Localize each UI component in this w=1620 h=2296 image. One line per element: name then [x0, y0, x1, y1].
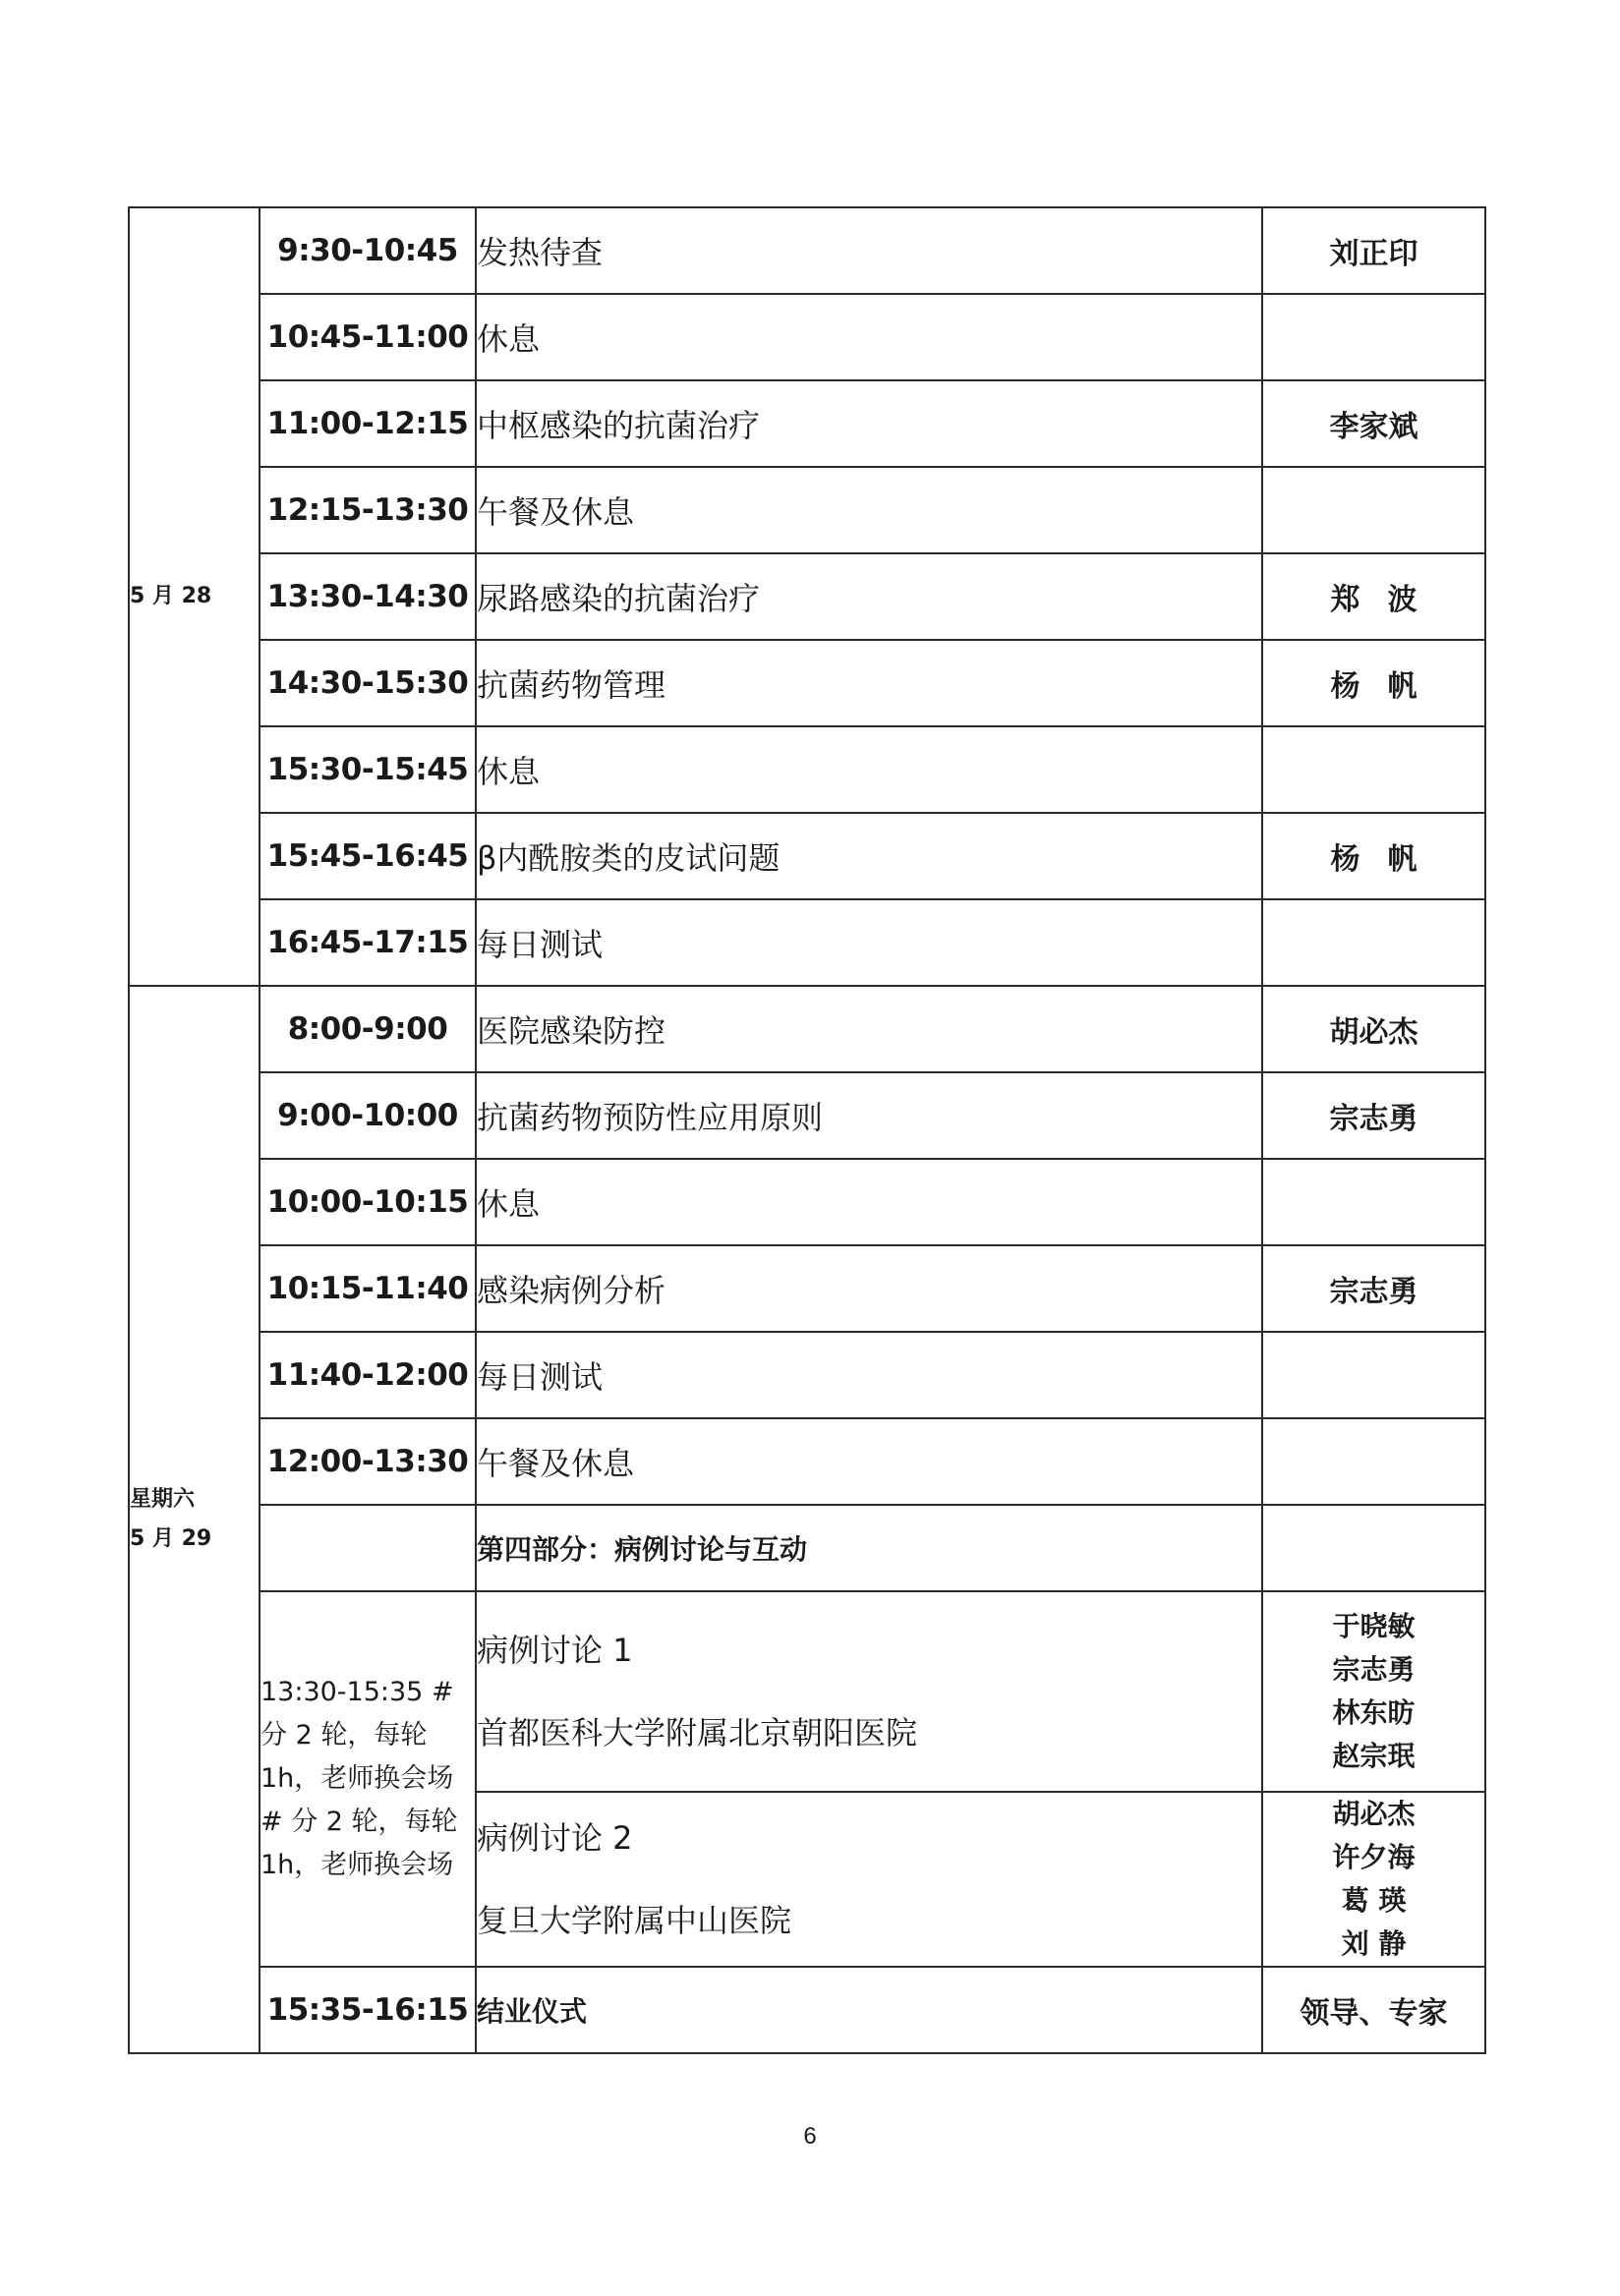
weekday-label: 星期六 [130, 1480, 259, 1520]
speaker-name: 许夕海 [1263, 1836, 1484, 1879]
topic-cell: 中枢感染的抗菌治疗 [476, 380, 1262, 467]
case-hospital: 首都医科大学附属北京朝阳医院 [477, 1711, 1261, 1754]
speaker-name: 杨帆 [1331, 842, 1445, 877]
speaker-cell: 李家斌 [1262, 380, 1485, 467]
time-cell: 10:15-11:40 [260, 1245, 476, 1332]
topic-cell: 抗菌药物预防性应用原则 [476, 1072, 1262, 1159]
topic-cell: 午餐及休息 [476, 1418, 1262, 1505]
topic-cell: β内酰胺类的皮试问题 [476, 813, 1262, 899]
table-row: 12:00-13:30 午餐及休息 [129, 1418, 1485, 1505]
time-cell: 8:00-9:00 [260, 986, 476, 1072]
table-row: 14:30-15:30 抗菌药物管理 杨帆 [129, 640, 1485, 726]
speaker-name: 赵宗珉 [1263, 1735, 1484, 1778]
speaker-name: 刘 静 [1263, 1923, 1484, 1966]
speaker-cell: 杨帆 [1262, 640, 1485, 726]
table-row: 10:00-10:15 休息 [129, 1159, 1485, 1245]
table-row: 15:45-16:45 β内酰胺类的皮试问题 杨帆 [129, 813, 1485, 899]
speaker-cell: 宗志勇 [1262, 1245, 1485, 1332]
day-label: 5 月 28 [130, 577, 259, 616]
time-cell: 9:00-10:00 [260, 1072, 476, 1159]
case-speakers: 胡必杰 许夕海 葛 瑛 刘 静 [1262, 1792, 1485, 1967]
speaker-name: 葛 瑛 [1263, 1879, 1484, 1923]
time-cell: 12:00-13:30 [260, 1418, 476, 1505]
speaker-name: 林东昉 [1263, 1692, 1484, 1735]
time-cell: 14:30-15:30 [260, 640, 476, 726]
speaker-cell [1262, 294, 1485, 380]
case-speakers: 于晓敏 宗志勇 林东昉 赵宗珉 [1262, 1591, 1485, 1792]
time-cell: 11:00-12:15 [260, 380, 476, 467]
day-cell: 5 月 28 [129, 207, 260, 986]
speaker-cell [1262, 1418, 1485, 1505]
topic-cell: 休息 [476, 294, 1262, 380]
speaker-cell: 宗志勇 [1262, 1072, 1485, 1159]
table-row: 5 月 28 9:30-10:45 发热待查 刘正印 [129, 207, 1485, 294]
time-cell: 15:30-15:45 [260, 726, 476, 813]
speaker-cell [1262, 1332, 1485, 1418]
speaker-name: 于晓敏 [1263, 1605, 1484, 1648]
topic-cell: 抗菌药物管理 [476, 640, 1262, 726]
case-cell: 病例讨论 1 首都医科大学附属北京朝阳医院 [476, 1591, 1262, 1792]
topic-cell: 休息 [476, 726, 1262, 813]
table-row: 11:00-12:15 中枢感染的抗菌治疗 李家斌 [129, 380, 1485, 467]
time-cell: 12:15-13:30 [260, 467, 476, 553]
speaker-cell [1262, 467, 1485, 553]
case-row: 13:30-15:35 # 分 2 轮，每轮 1h，老师换会场# 分 2 轮，每… [129, 1591, 1485, 1792]
time-cell: 15:35-16:15 [260, 1967, 476, 2053]
time-cell: 16:45-17:15 [260, 899, 476, 986]
time-cell: 10:45-11:00 [260, 294, 476, 380]
time-cell [260, 1505, 476, 1591]
speaker-cell: 刘正印 [1262, 207, 1485, 294]
topic-cell: 休息 [476, 1159, 1262, 1245]
speaker-cell: 领导、专家 [1262, 1967, 1485, 2053]
table-row: 10:15-11:40 感染病例分析 宗志勇 [129, 1245, 1485, 1332]
table-row: 13:30-14:30 尿路感染的抗菌治疗 郑波 [129, 553, 1485, 640]
speaker-cell: 杨帆 [1262, 813, 1485, 899]
section-header-row: 第四部分：病例讨论与互动 [129, 1505, 1485, 1591]
topic-cell: 感染病例分析 [476, 1245, 1262, 1332]
topic-cell: 每日测试 [476, 899, 1262, 986]
time-cell: 10:00-10:15 [260, 1159, 476, 1245]
document-page: 5 月 28 9:30-10:45 发热待查 刘正印 10:45-11:00 休… [0, 0, 1620, 2296]
speaker-cell [1262, 899, 1485, 986]
speaker-name: 宗志勇 [1263, 1648, 1484, 1692]
table-row: 11:40-12:00 每日测试 [129, 1332, 1485, 1418]
time-cell: 9:30-10:45 [260, 207, 476, 294]
table-row: 12:15-13:30 午餐及休息 [129, 467, 1485, 553]
table-row: 15:30-15:45 休息 [129, 726, 1485, 813]
speaker-cell: 胡必杰 [1262, 986, 1485, 1072]
speaker-name: 胡必杰 [1263, 1793, 1484, 1836]
case-cell: 病例讨论 2 复旦大学附属中山医院 [476, 1792, 1262, 1967]
topic-cell: 医院感染防控 [476, 986, 1262, 1072]
day-label: 5 月 29 [130, 1520, 259, 1559]
time-cell: 13:30-14:30 [260, 553, 476, 640]
case-time-note: 13:30-15:35 # 分 2 轮，每轮 1h，老师换会场# 分 2 轮，每… [260, 1591, 476, 1967]
topic-cell: 午餐及休息 [476, 467, 1262, 553]
time-cell: 15:45-16:45 [260, 813, 476, 899]
topic-cell: 尿路感染的抗菌治疗 [476, 553, 1262, 640]
case-title: 病例讨论 1 [477, 1629, 1261, 1672]
speaker-cell [1262, 1505, 1485, 1591]
table-row: 星期六 5 月 29 8:00-9:00 医院感染防控 胡必杰 [129, 986, 1485, 1072]
section-title: 第四部分：病例讨论与互动 [476, 1505, 1262, 1591]
topic-cell: 发热待查 [476, 207, 1262, 294]
page-number: 6 [0, 2123, 1620, 2151]
topic-cell: 每日测试 [476, 1332, 1262, 1418]
table-row: 16:45-17:15 每日测试 [129, 899, 1485, 986]
table-row: 10:45-11:00 休息 [129, 294, 1485, 380]
speaker-cell [1262, 1159, 1485, 1245]
speaker-cell: 郑波 [1262, 553, 1485, 640]
schedule-table: 5 月 28 9:30-10:45 发热待查 刘正印 10:45-11:00 休… [128, 206, 1486, 2054]
table-row: 9:00-10:00 抗菌药物预防性应用原则 宗志勇 [129, 1072, 1485, 1159]
speaker-name: 杨帆 [1331, 669, 1445, 704]
table-row: 15:35-16:15 结业仪式 领导、专家 [129, 1967, 1485, 2053]
time-cell: 11:40-12:00 [260, 1332, 476, 1418]
topic-cell: 结业仪式 [476, 1967, 1262, 2053]
case-hospital: 复旦大学附属中山医院 [477, 1899, 1261, 1942]
day-cell: 星期六 5 月 29 [129, 986, 260, 2053]
speaker-name: 郑波 [1331, 583, 1445, 617]
speaker-cell [1262, 726, 1485, 813]
case-title: 病例讨论 2 [477, 1816, 1261, 1860]
